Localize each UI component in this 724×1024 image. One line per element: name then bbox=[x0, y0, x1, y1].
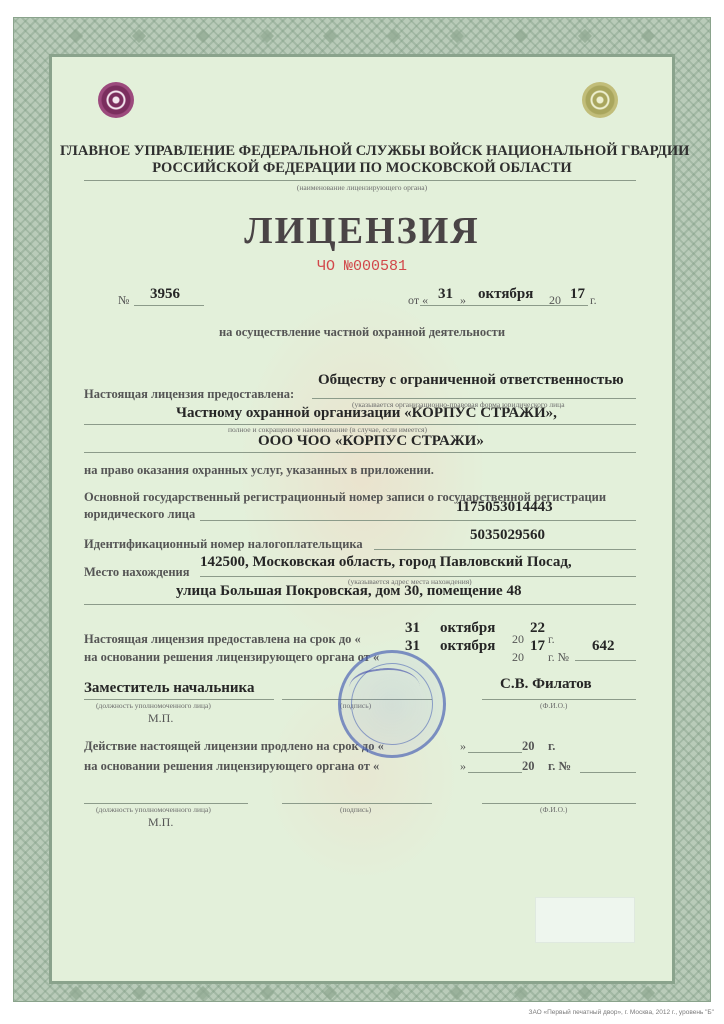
extension-year-unit: г. bbox=[548, 739, 555, 754]
extension-name-hint: (Ф.И.О.) bbox=[540, 805, 567, 814]
location-line-2: улица Большая Покровская, дом 30, помеще… bbox=[176, 583, 521, 600]
security-field bbox=[535, 897, 635, 943]
ogrn-label-line-2: юридического лица bbox=[84, 507, 195, 522]
extension-signature-hint: (подпись) bbox=[340, 805, 371, 814]
inn-label: Идентификационный номер налогоплательщик… bbox=[84, 537, 363, 552]
term-year-unit: г. bbox=[548, 632, 555, 647]
signatory-name: С.В. Филатов bbox=[500, 676, 592, 693]
extension-line-2-label: на основании решения лицензирующего орга… bbox=[84, 759, 379, 774]
license-day: 31 bbox=[438, 286, 453, 303]
license-number: 3956 bbox=[150, 286, 180, 303]
location-label: Место нахождения bbox=[84, 565, 190, 580]
document-title: ЛИЦЕНЗИЯ bbox=[0, 209, 724, 253]
license-no-label: № bbox=[118, 293, 129, 308]
grantee-line-1: Обществу с ограниченной ответственностью bbox=[318, 372, 624, 389]
ogrn-value: 1175053014443 bbox=[456, 499, 553, 516]
license-purpose: на осуществление частной охранной деятел… bbox=[0, 325, 724, 340]
license-year-suffix: 17 bbox=[570, 286, 585, 303]
issuer-hint: (наименование лицензирующего органа) bbox=[0, 183, 724, 192]
term-year-prefix: 20 bbox=[512, 632, 524, 647]
border-ornament-bottom bbox=[44, 988, 680, 998]
term-basis-month: октября bbox=[440, 638, 495, 655]
term-month: октября bbox=[440, 620, 495, 637]
extension-no-label: г. № bbox=[548, 759, 571, 774]
form-serial-number: ЧО №000581 bbox=[0, 258, 724, 275]
issuer-name: ГЛАВНОЕ УПРАВЛЕНИЕ ФЕДЕРАЛЬНОЙ СЛУЖБЫ ВО… bbox=[60, 143, 664, 177]
extension-line-1-quote: » bbox=[460, 739, 466, 754]
grantee-short-name: ООО ЧОО «КОРПУС СТРАЖИ» bbox=[258, 433, 484, 450]
license-month: октября bbox=[478, 286, 533, 303]
term-basis-no-label: г. № bbox=[548, 650, 569, 665]
extension-line-2-quote: » bbox=[460, 759, 466, 774]
right-statement: на право оказания охранных услуг, указан… bbox=[84, 463, 434, 478]
olive-rosette-icon bbox=[582, 82, 618, 118]
inn-value: 5035029560 bbox=[470, 527, 545, 544]
grantee-label: Настоящая лицензия предоставлена: bbox=[84, 387, 294, 402]
issuer-line-1: ГЛАВНОЕ УПРАВЛЕНИЕ ФЕДЕРАЛЬНОЙ СЛУЖБЫ ВО… bbox=[60, 143, 664, 160]
location-line-1: 142500, Московская область, город Павлов… bbox=[200, 554, 572, 571]
purple-rosette-icon bbox=[98, 82, 134, 118]
border-ornament-top bbox=[44, 31, 680, 41]
seal-place-label: М.П. bbox=[148, 711, 173, 726]
printer-imprint: ЗАО «Первый печатный двор», г. Москва, 2… bbox=[529, 1009, 714, 1016]
term-basis-year-prefix: 20 bbox=[512, 650, 524, 665]
extension-year-prefix: 20 bbox=[522, 739, 535, 754]
term-label: Настоящая лицензия предоставлена на срок… bbox=[84, 632, 361, 647]
term-year-suffix: 22 bbox=[530, 620, 545, 637]
term-day: 31 bbox=[405, 620, 420, 637]
extension-line-1-label: Действие настоящей лицензии продлено на … bbox=[84, 739, 384, 754]
license-year-unit: г. bbox=[590, 293, 597, 308]
extension-seal-place-label: М.П. bbox=[148, 815, 173, 830]
signatory-position-hint: (должность уполномоченного лица) bbox=[96, 701, 211, 710]
signatory-position: Заместитель начальника bbox=[84, 680, 254, 697]
term-basis-number: 642 bbox=[592, 638, 615, 655]
extension-position-hint: (должность уполномоченного лица) bbox=[96, 805, 211, 814]
term-basis-year-suffix: 17 bbox=[530, 638, 545, 655]
term-basis-label: на основании решения лицензирующего орга… bbox=[84, 650, 379, 665]
grantee-line-2: Частному охранной организации «КОРПУС СТ… bbox=[176, 405, 557, 422]
issuer-line-2: РОССИЙСКОЙ ФЕДЕРАЦИИ ПО МОСКОВСКОЙ ОБЛАС… bbox=[60, 160, 664, 177]
signatory-name-hint: (Ф.И.О.) bbox=[540, 701, 567, 710]
extension-basis-year-prefix: 20 bbox=[522, 759, 535, 774]
